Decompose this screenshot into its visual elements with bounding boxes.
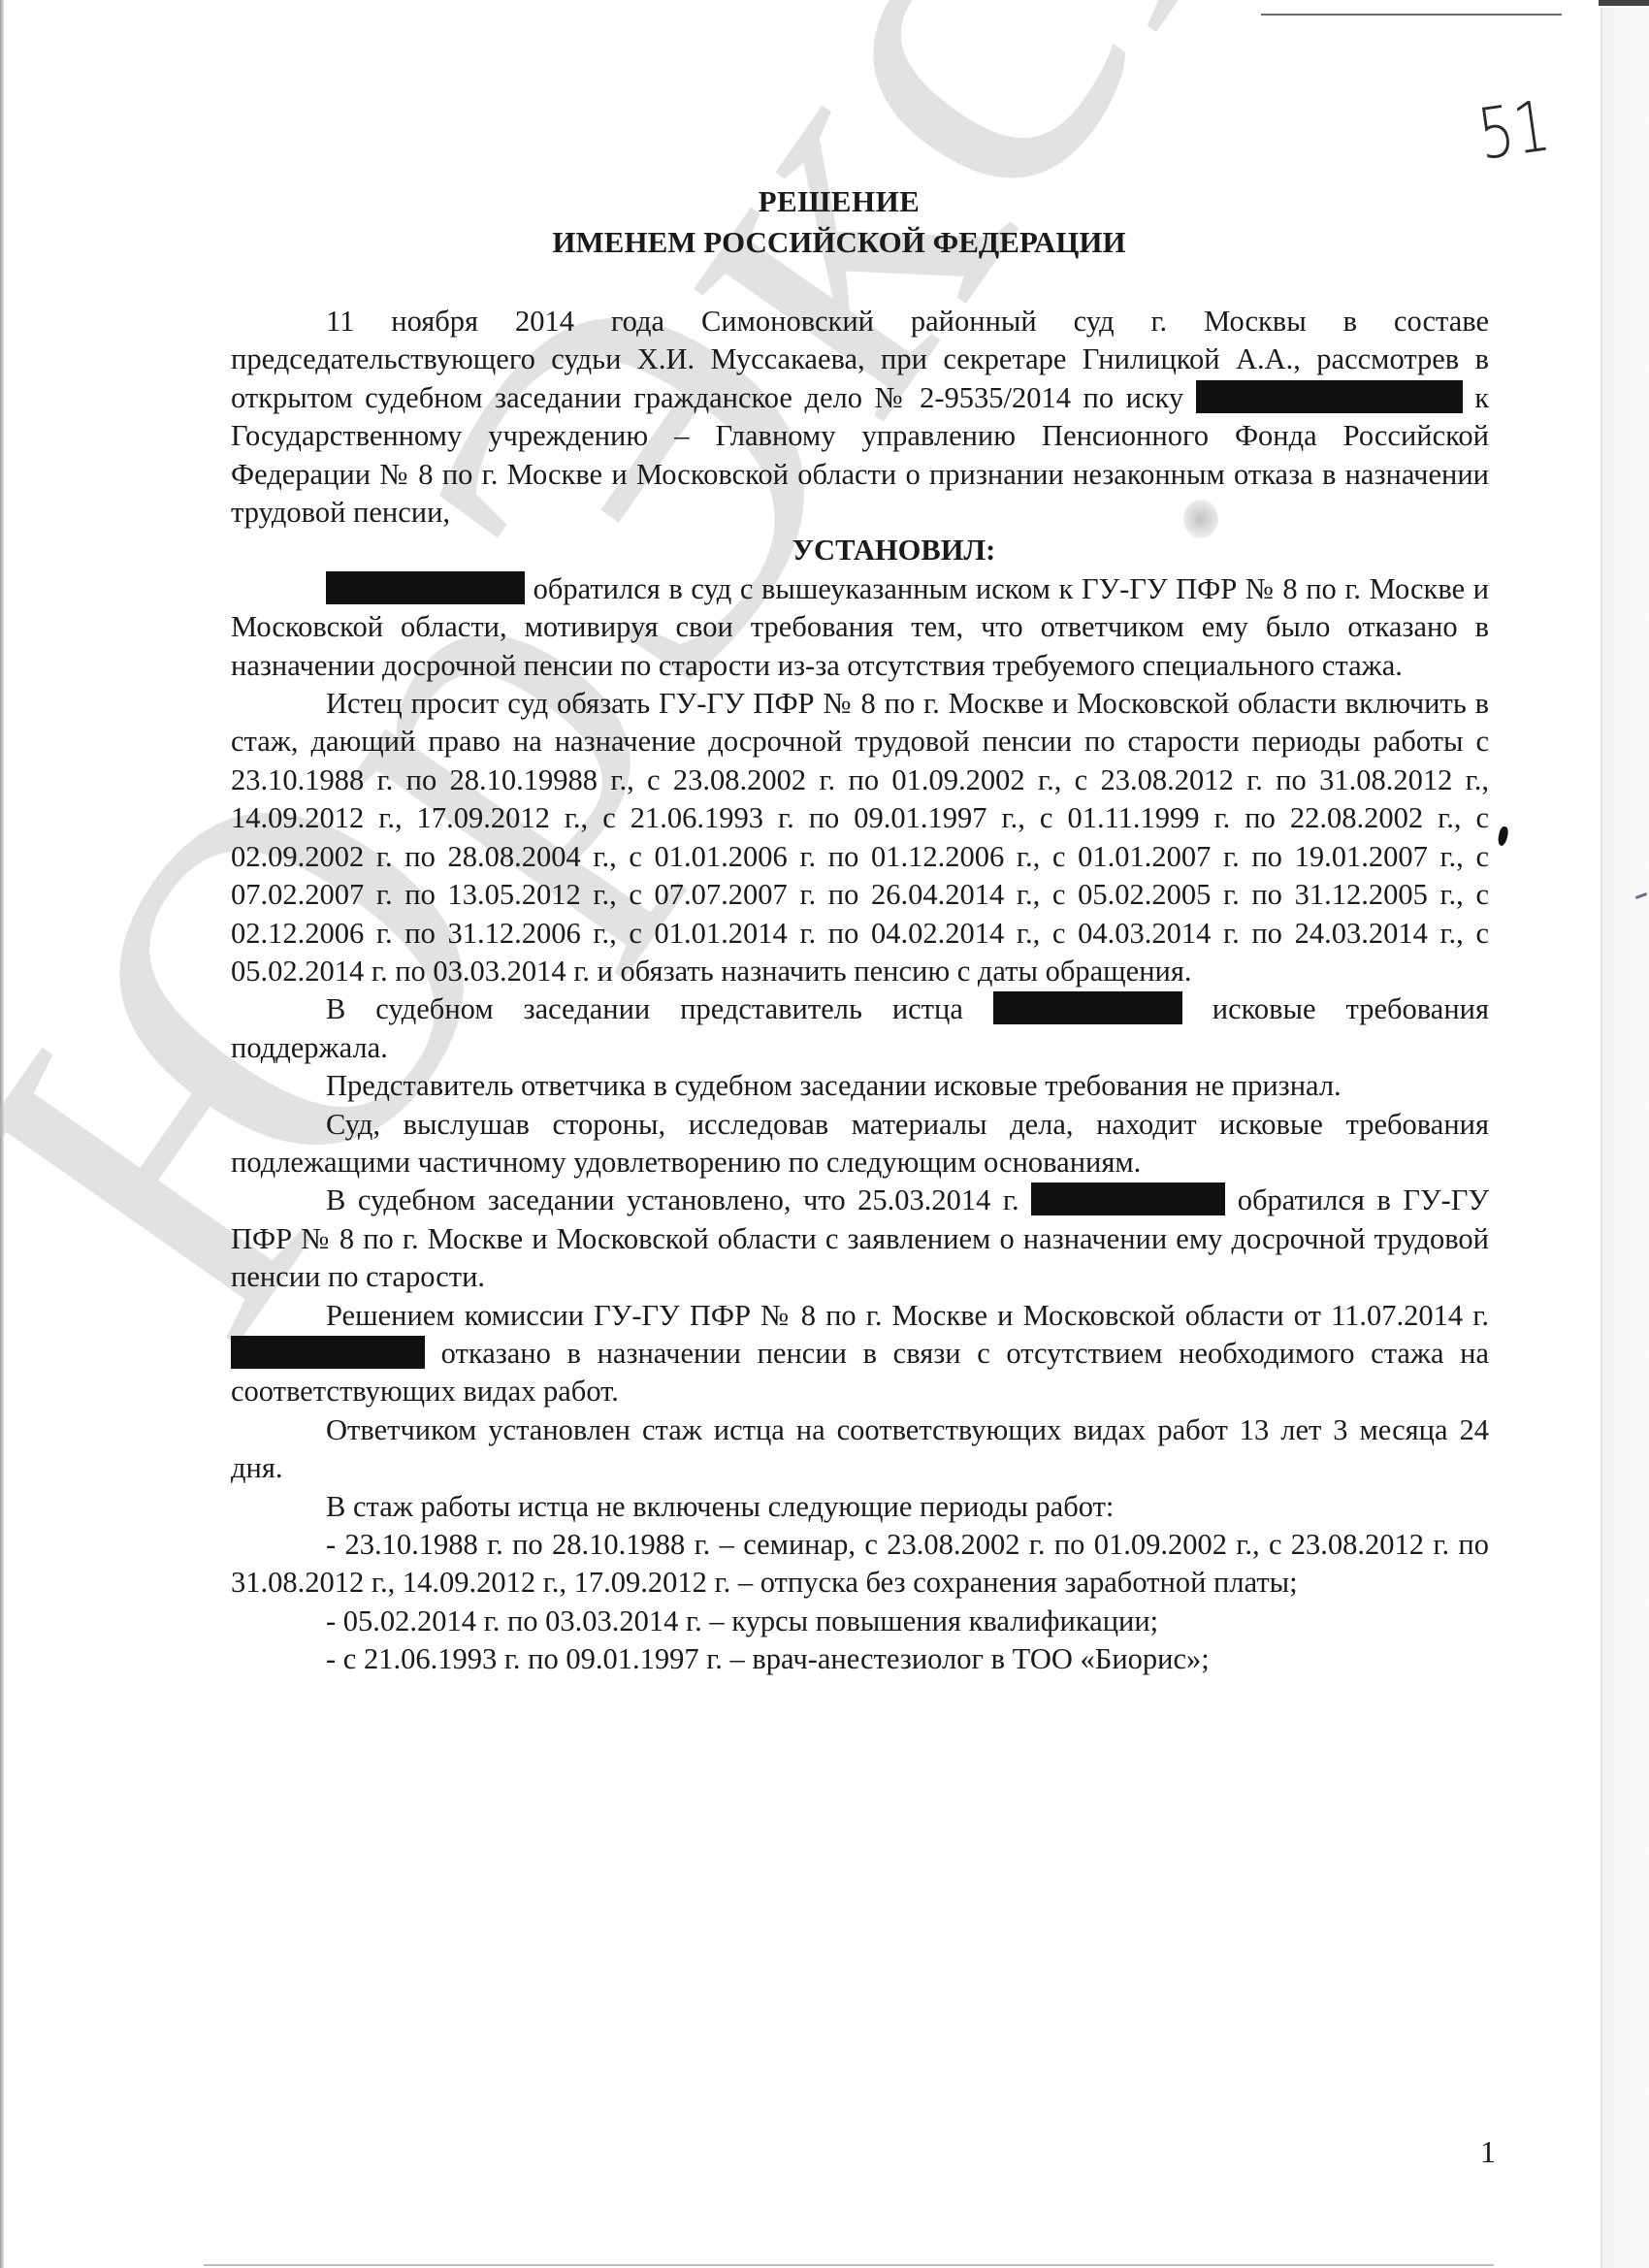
scan-top-line	[1261, 14, 1562, 16]
paragraph-8: Ответчиком установлен стаж истца на соот…	[231, 1411, 1489, 1488]
paragraph-3-text-before: В судебном заседании представитель истца	[326, 992, 963, 1025]
paragraph-9: В стаж работы истца не включены следующи…	[231, 1488, 1489, 1526]
document-subtitle: ИМЕНЕМ РОССИЙСКОЙ ФЕДЕРАЦИИ	[0, 225, 1649, 260]
redacted-plaintiff-name	[231, 1336, 425, 1369]
paragraph-7: Решением комиссии ГУ-ГУ ПФР № 8 по г. Мо…	[231, 1297, 1489, 1411]
scan-bottom-line	[204, 2264, 1494, 2266]
paragraph-6: В судебном заседании установлено, что 25…	[231, 1182, 1489, 1296]
list-item: - 23.10.1988 г. по 28.10.1988 г. – семин…	[231, 1526, 1489, 1603]
redacted-plaintiff-name	[1196, 380, 1463, 413]
document-page: ЮрЭксперт 51 РЕШЕНИЕ ИМЕНЕМ РОССИЙСКОЙ Ф…	[0, 0, 1649, 2268]
document-title: РЕШЕНИЕ	[0, 184, 1649, 219]
redacted-representative-name	[993, 991, 1182, 1024]
paragraph-3: В судебном заседании представитель истца…	[231, 990, 1489, 1067]
list-item: - с 21.06.1993 г. по 09.01.1997 г. – вра…	[231, 1640, 1489, 1678]
scan-corner-shadow	[1599, 0, 1649, 6]
paragraph-2: Истец просит суд обязать ГУ-ГУ ПФР № 8 п…	[231, 685, 1489, 990]
section-heading: УСТАНОВИЛ:	[231, 532, 1489, 569]
scan-right-margin	[1600, 8, 1649, 2268]
paragraph-5: Суд, выслушав стороны, исследовав матери…	[231, 1106, 1489, 1183]
paragraph-4: Представитель ответчика в судебном засед…	[231, 1067, 1489, 1105]
page-number: 1	[1480, 2134, 1496, 2170]
ink-mark	[1497, 826, 1509, 846]
paragraph-7-text-before: Решением комиссии ГУ-ГУ ПФР № 8 по г. Мо…	[326, 1299, 1489, 1332]
list-item: - 05.02.2014 г. по 03.03.2014 г. – курсы…	[231, 1603, 1489, 1640]
document-body: 11 ноября 2014 года Симоновский районный…	[231, 303, 1489, 1679]
redacted-plaintiff-name	[326, 571, 525, 604]
paragraph-1: обратился в суд с вышеуказанным иском к …	[231, 570, 1489, 685]
handwritten-sheet-number: 51	[1473, 84, 1555, 175]
paragraph-6-text-before: В судебном заседании установлено, что 25…	[326, 1183, 1019, 1216]
redacted-plaintiff-name	[1031, 1183, 1225, 1215]
intro-paragraph: 11 ноября 2014 года Симоновский районный…	[231, 303, 1489, 532]
scan-left-edge	[0, 0, 4, 2268]
